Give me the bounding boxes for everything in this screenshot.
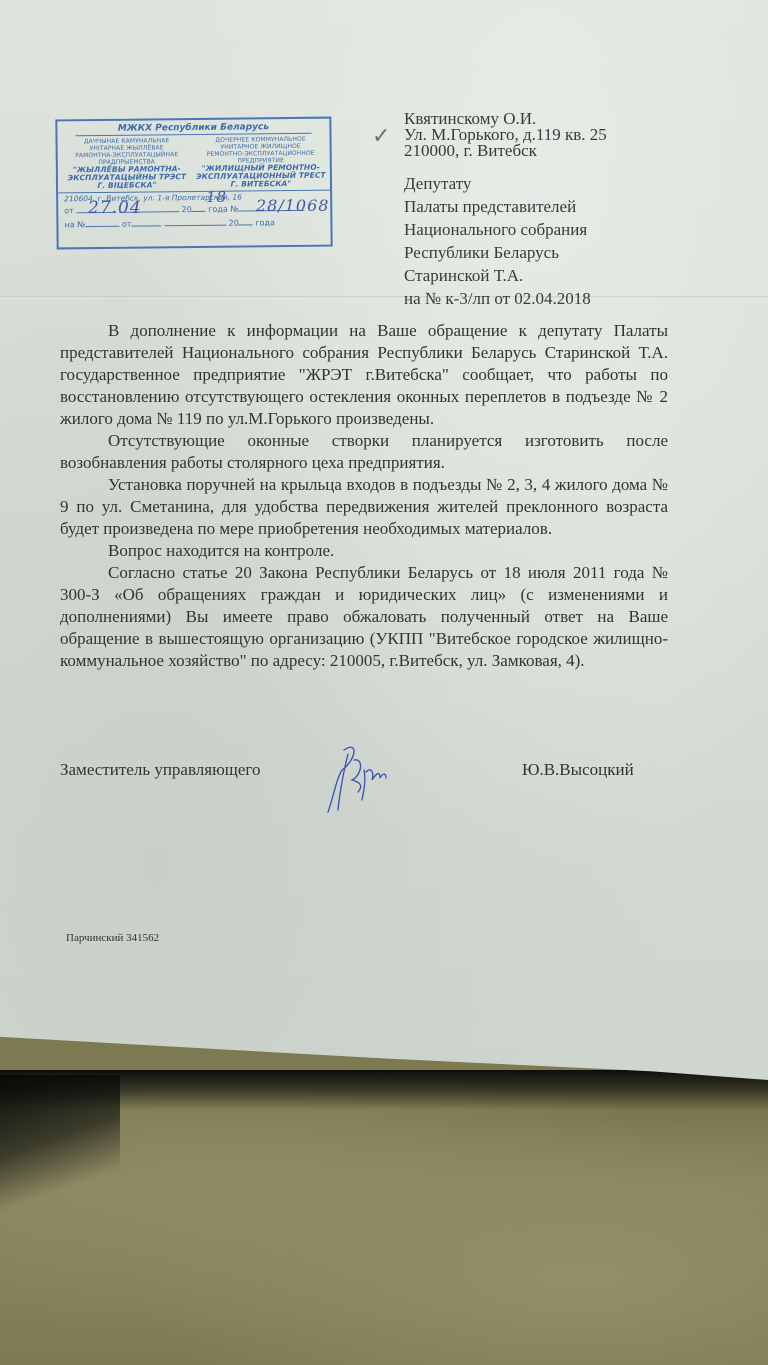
stamp-label: от [122,220,132,229]
addressee-city: 210000, г. Витебск [404,143,607,159]
stamp-blank [164,217,226,227]
checkmark-icon: ✓ [372,124,390,149]
stamp-reference-line: на № от 20 года [58,216,330,233]
handwritten-signature-icon [314,740,414,820]
handwritten-date: 27.04 [88,198,142,218]
recipient-line: Палаты представителей [404,195,591,218]
signature-row: Заместитель управляющего Ю.В.Высоцкий [60,760,680,820]
paper-fold [0,296,768,299]
registration-stamp: МЖКХ Республики Беларусь ДАЧЧЫНАЕ КАМУНА… [55,117,332,250]
stamp-text: Г. ВІЦЕБСКА" [60,181,194,190]
stamp-blank [192,203,206,212]
stamp-blank [131,217,161,226]
recipient-line: Республики Беларусь [404,241,591,264]
addressee-block: Квятинскому О.И. Ул. М.Горького, д.119 к… [404,111,607,159]
stamp-label: от [64,206,74,215]
recipient-block: Депутату Палаты представителей Националь… [404,172,591,310]
stamp-blank [239,216,253,225]
paper-shadow-left [0,1075,120,1215]
handwritten-number: 28/1068 [256,196,329,215]
body-paragraph: Вопрос находится на контроле. [60,540,668,562]
recipient-line: Депутату [404,172,591,195]
body-paragraph: Отсутствующие оконные створки планируетс… [60,430,668,474]
body-paragraph: Согласно статье 20 Закона Республики Бел… [60,562,668,672]
stamp-label: 20 [229,219,239,228]
stamp-blank [85,218,119,227]
signatory-title: Заместитель управляющего [60,760,260,780]
stamp-label: на № [64,220,85,229]
letter-body: В дополнение к информации на Ваше обраще… [60,320,668,672]
letter-page: МЖКХ Республики Беларусь ДАЧЧЫНАЕ КАМУНА… [0,0,768,1080]
recipient-line: Старинской Т.А. [404,264,591,287]
signatory-name: Ю.В.Высоцкий [522,760,634,780]
handwritten-year: 18 [206,188,227,206]
recipient-line: Национального собрания [404,218,591,241]
stamp-right-column: ДОЧЕРНЕЕ КОММУНАЛЬНОЕ УНИТАРНОЕ ЖИЛИЩНОЕ… [194,136,329,189]
recipient-line: на № к-3/лп от 02.04.2018 [404,287,591,310]
stamp-label: 20 [181,205,191,214]
body-paragraph: Установка поручней на крыльца входов в п… [60,474,668,540]
executor-note: Парчинский 341562 [66,932,159,944]
stamp-label: № [230,205,238,214]
stamp-label: года [255,218,275,227]
stamp-label: года [208,205,228,214]
stamp-left-column: ДАЧЧЫНАЕ КАМУНАЛЬНАЕ УНІТАРНАЕ ЖЫЛЛЁВАЕ … [60,137,195,190]
body-paragraph: В дополнение к информации на Ваше обраще… [60,320,668,430]
